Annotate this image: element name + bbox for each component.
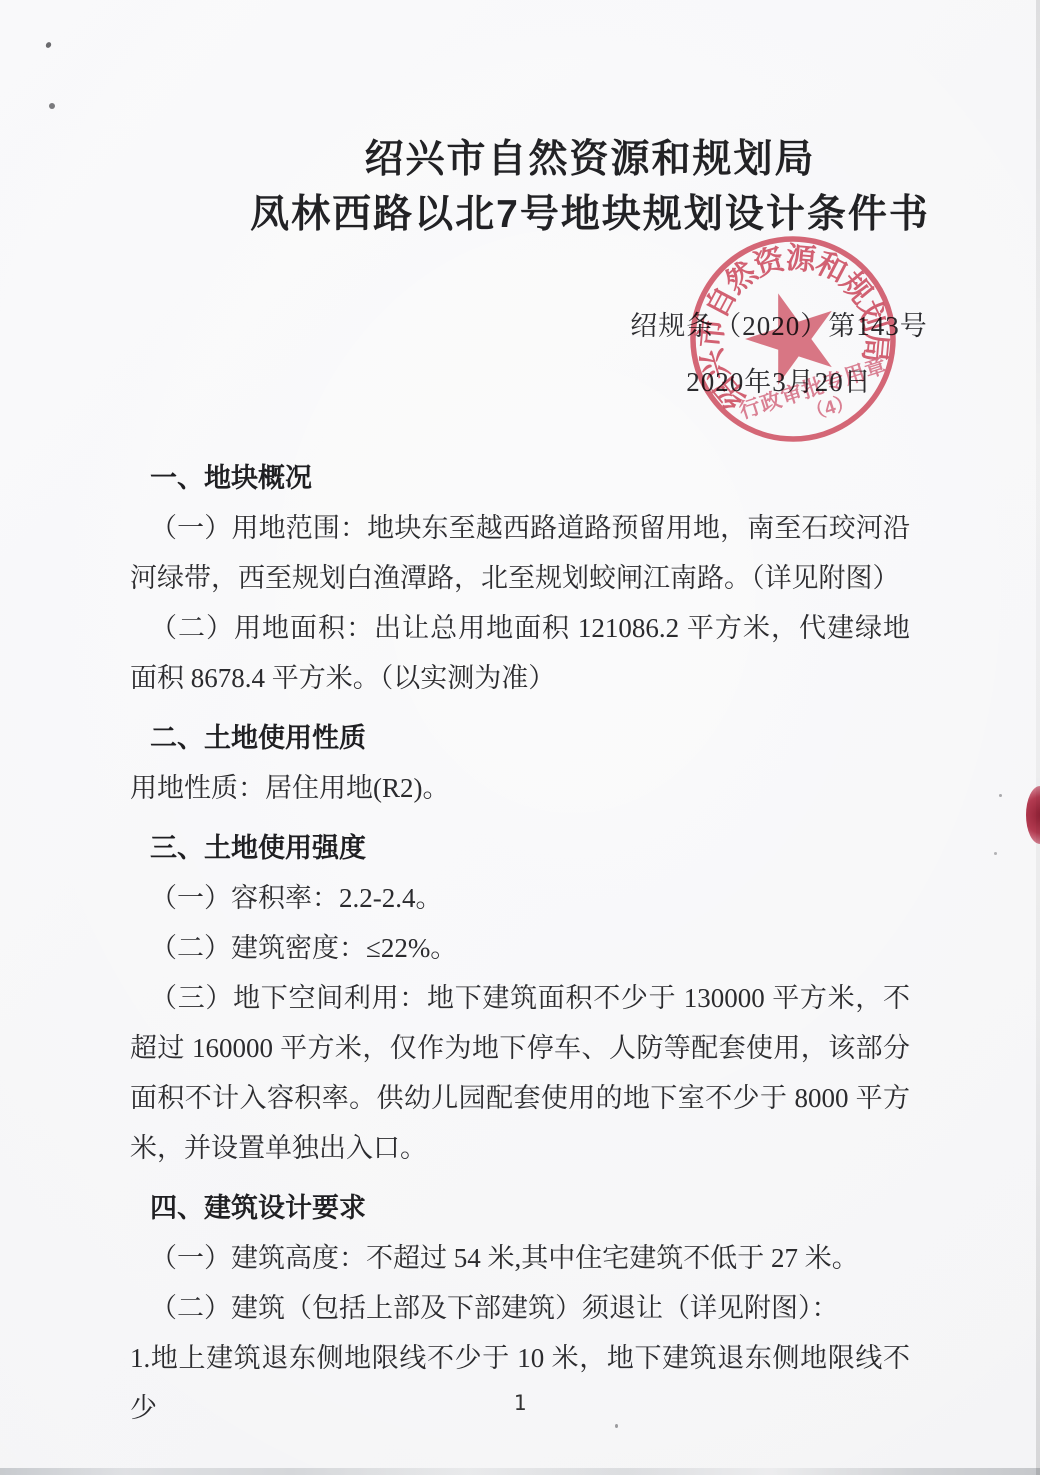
paragraph: （一）用地范围：地块东至越西路道路预留用地，南至石珓河沿河绿带，西至规划白渔潭路… — [130, 503, 910, 603]
page-number: 1 — [514, 1391, 527, 1415]
paragraph: （一）容积率：2.2-2.4。 — [130, 873, 910, 923]
document-date: 2020年3月20日 — [569, 354, 989, 410]
section-3: 三、土地使用强度 （一）容积率：2.2-2.4。 （二）建筑密度：≤22%。 （… — [130, 823, 910, 1173]
document-title: 绍兴市自然资源和规划局 凤林西路以北7号地块规划设计条件书 — [140, 132, 1040, 242]
scan-speck — [45, 41, 53, 49]
section-1: 一、地块概况 （一）用地范围：地块东至越西路道路预留用地，南至石珓河沿河绿带，西… — [130, 453, 910, 703]
document-number-block: 绍规条（2020）第143号 2020年3月20日 — [569, 298, 989, 410]
section-2: 二、土地使用性质 用地性质：居住用地(R2)。 — [130, 713, 910, 813]
section-heading: 四、建筑设计要求 — [130, 1183, 910, 1233]
paragraph: （一）建筑高度：不超过 54 米,其中住宅建筑不低于 27 米。 — [130, 1233, 910, 1283]
section-heading: 一、地块概况 — [130, 453, 910, 503]
scan-bottom-edge — [0, 1468, 1040, 1475]
section-heading: 三、土地使用强度 — [130, 823, 910, 873]
scan-speck — [999, 794, 1002, 797]
paragraph: （二）建筑（包括上部及下部建筑）须退让（详见附图）： — [130, 1283, 910, 1333]
title-line-2: 凤林西路以北7号地块规划设计条件书 — [140, 187, 1040, 242]
document-body: 一、地块概况 （一）用地范围：地块东至越西路道路预留用地，南至石珓河沿河绿带，西… — [130, 453, 910, 1433]
document-number: 绍规条（2020）第143号 — [569, 298, 989, 354]
section-heading: 二、土地使用性质 — [130, 713, 910, 763]
scan-speck — [994, 852, 997, 855]
paragraph: 1.地上建筑退东侧地限线不少于 10 米，地下建筑退东侧地限线不少 — [130, 1333, 910, 1433]
scanned-document-page: 绍兴市自然资源和规划局 凤林西路以北7号地块规划设计条件书 绍规条（2020）第… — [0, 0, 1040, 1475]
scan-speck — [615, 1424, 618, 1428]
paragraph: （二）用地面积：出让总用地面积 121086.2 平方米，代建绿地面积 8678… — [130, 603, 910, 703]
paragraph: （三）地下空间利用：地下建筑面积不少于 130000 平方米，不超过 16000… — [130, 973, 910, 1173]
title-line-1: 绍兴市自然资源和规划局 — [140, 132, 1040, 187]
paragraph: 用地性质：居住用地(R2)。 — [130, 763, 910, 813]
paragraph: （二）建筑密度：≤22%。 — [130, 923, 910, 973]
scan-speck — [49, 103, 55, 109]
scan-right-edge — [1036, 0, 1040, 1475]
